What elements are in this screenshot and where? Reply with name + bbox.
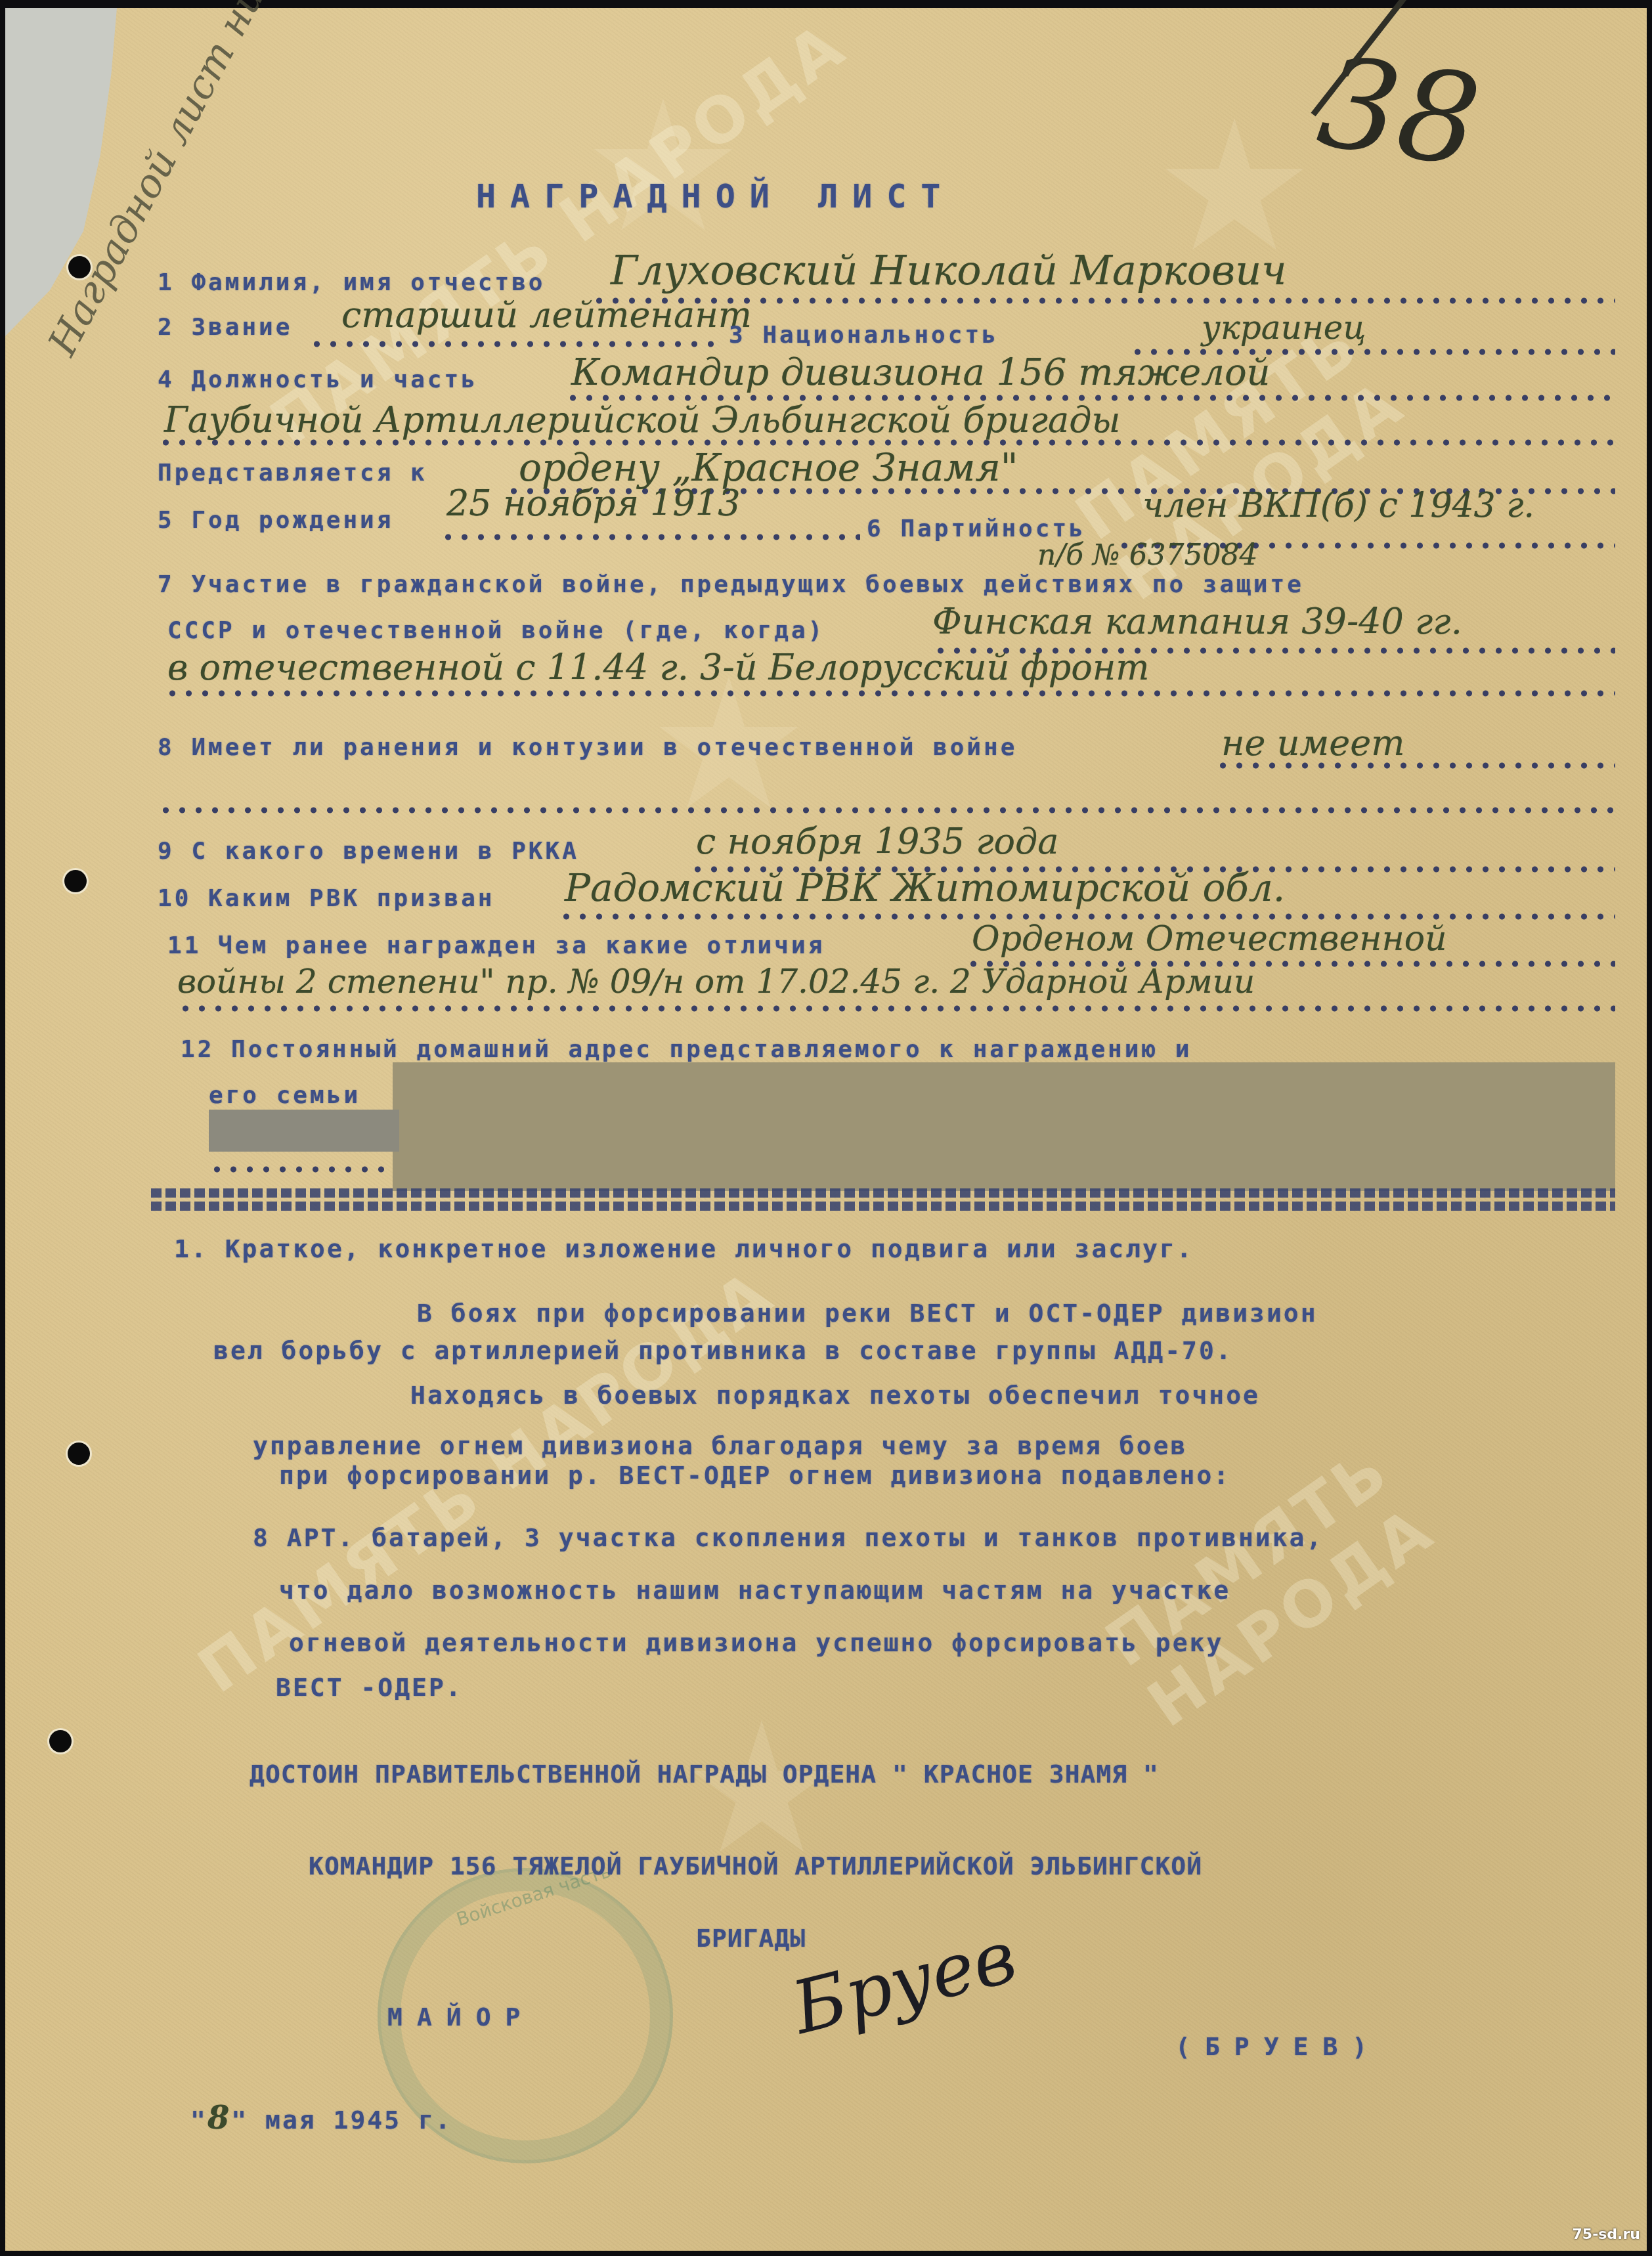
signatory-position-cont: БРИГАДЫ bbox=[696, 1924, 806, 1953]
field-2-label: 2 Звание bbox=[158, 314, 292, 341]
paragraph-line: огневой деятельности дивизиона успешно ф… bbox=[289, 1628, 1223, 1657]
separator-line bbox=[151, 1188, 1615, 1198]
separator-line bbox=[151, 1202, 1615, 1211]
field-11-value: Орденом Отечественной bbox=[972, 919, 1446, 959]
field-6-value: член ВКП(б) с 1943 г. bbox=[1142, 486, 1534, 525]
signatory-position: КОМАНДИР 156 ТЯЖЕЛОЙ ГАУБИЧНОЙ АРТИЛЛЕРИ… bbox=[309, 1852, 1202, 1880]
field-3-label: 3 Национальность bbox=[729, 322, 999, 349]
paragraph-line: что дало возможность нашим наступающим ч… bbox=[279, 1576, 1230, 1605]
field-5-label: 5 Год рождения bbox=[158, 507, 393, 534]
signatory-rank: МАЙОР bbox=[387, 2003, 534, 2031]
field-10-value: Радомский РВК Житомирской обл. bbox=[565, 865, 1285, 910]
field-8-value: не имеет bbox=[1221, 722, 1404, 764]
award-conclusion: ДОСТОИН ПРАВИТЕЛЬСТВЕННОЙ НАГРАДЫ ОРДЕНА… bbox=[250, 1760, 1159, 1789]
punch-hole bbox=[68, 1443, 90, 1465]
leader-dots bbox=[164, 689, 1615, 697]
paragraph-line: вел борьбу с артиллерией противника в со… bbox=[213, 1336, 1233, 1365]
date-day: 8 bbox=[207, 2100, 231, 2137]
field-4-value: Командир дивизиона 156 тяжелой bbox=[571, 351, 1271, 394]
field-7-label-cont: СССР и отечественной войне (где, когда) bbox=[167, 617, 825, 644]
field-11-label: 11 Чем ранее награжден за какие отличия bbox=[167, 932, 825, 959]
signatory-name: (БРУЕВ) bbox=[1175, 2032, 1381, 2061]
field-4-value-cont: Гаубичной Артиллерийской Эльбингской бри… bbox=[164, 399, 1121, 441]
field-6-value-cont: п/б № 6375084 bbox=[1037, 538, 1258, 572]
paragraph-line: В боях при форсировании реки ВЕСТ и ОСТ-… bbox=[417, 1299, 1318, 1328]
paragraph-line: 8 АРТ. батарей, 3 участка скопления пехо… bbox=[253, 1523, 1323, 1552]
archive-page-number: 38 bbox=[1311, 29, 1488, 194]
nominated-for-label: Представляется к bbox=[158, 460, 427, 487]
field-1-value: Глуховский Николай Маркович bbox=[611, 246, 1287, 294]
field-7-label: 7 Участие в гражданской войне, предыдущи… bbox=[158, 571, 1304, 598]
field-4-label: 4 Должность и часть bbox=[158, 366, 478, 393]
field-2-value: старший лейтенант bbox=[341, 294, 752, 336]
leader-dots bbox=[177, 1005, 1615, 1012]
field-1-label: 1 Фамилия, имя отчество bbox=[158, 269, 546, 296]
field-7-value-cont: в отечественной с 11.44 г. 3-й Белорусск… bbox=[167, 647, 1150, 688]
field-12-label: 12 Постоянный домашний адрес представляе… bbox=[181, 1036, 1192, 1063]
field-8-label: 8 Имеет ли ранения и контузии в отечеств… bbox=[158, 734, 1017, 761]
paragraph-line: ВЕСТ -ОДЕР. bbox=[276, 1673, 463, 1702]
leader-dots bbox=[440, 533, 860, 541]
field-11-value-cont: войны 2 степени" пр. № 09/н от 17.02.45 … bbox=[177, 963, 1255, 1001]
field-12-label-cont: его семьи bbox=[209, 1082, 360, 1109]
field-9-value: с ноября 1935 года bbox=[696, 821, 1059, 862]
site-watermark: 75-sd.ru bbox=[1573, 2226, 1640, 2243]
address-redaction bbox=[393, 1062, 1615, 1191]
field-3-value: украинец bbox=[1202, 309, 1366, 347]
paragraph-line: Находясь в боевых порядках пехоты обеспе… bbox=[410, 1381, 1260, 1410]
paragraph-line: при форсировании р. ВЕСТ-ОДЕР огнем диви… bbox=[279, 1461, 1230, 1490]
field-7-value: Финская кампания 39-40 гг. bbox=[932, 601, 1462, 642]
section-heading: 1. Краткое, конкретное изложение личного… bbox=[174, 1234, 1194, 1263]
paragraph-line: управление огнем дивизиона благодаря чем… bbox=[253, 1431, 1187, 1460]
address-redaction bbox=[209, 1110, 399, 1152]
field-5-value: 25 ноября 1913 bbox=[446, 483, 741, 524]
document-date: "8" мая 1945 г. bbox=[190, 2100, 452, 2137]
leader-dots bbox=[158, 806, 1615, 814]
punch-hole bbox=[64, 870, 87, 892]
field-10-label: 10 Каким РВК призван bbox=[158, 885, 495, 912]
field-9-label: 9 С какого времени в РККА bbox=[158, 838, 579, 865]
document-title: НАГРАДНОЙ ЛИСТ bbox=[476, 177, 955, 215]
punch-hole bbox=[49, 1730, 72, 1752]
leader-dots bbox=[309, 340, 716, 348]
leader-dots bbox=[209, 1165, 406, 1173]
